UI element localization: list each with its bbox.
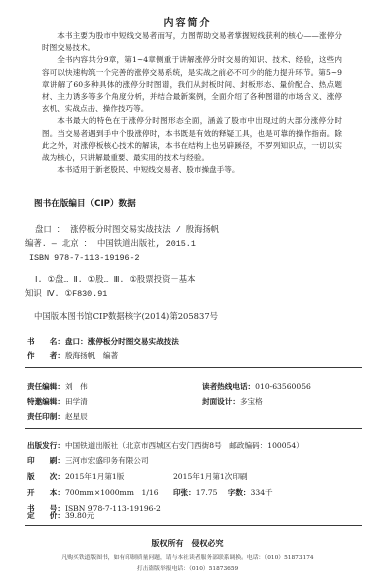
special-editor-row: 特邀编辑：田学清 [27, 396, 88, 407]
intro-title: 内容简介 [0, 14, 375, 29]
book-title-label: 书 名： [27, 336, 65, 347]
book-title-row: 书 名：盘口：涨停板分时图交易实战技法 [27, 336, 179, 347]
format-label: 开 本： [27, 487, 65, 498]
cip-record-number: 中国版本图书馆CIP数据核字(2014)第205837号 [34, 310, 218, 322]
author-label: 作 者： [27, 350, 65, 361]
edition-row: 版 次：2015年1月第1版2015年1月第1次印刷 [27, 471, 248, 482]
author-value: 殷海扬帆 编著 [65, 351, 118, 360]
intro-paragraph: 本书主要为股市中短线交易者而写，力图帮助交易者掌握短线获利的核心——涨停分时图交… [42, 30, 342, 54]
intro-paragraph: 全书内容共分9章，第1~4章侧重于讲解涨停分时交易的知识、技术、经验，这些内容可… [42, 54, 342, 115]
copyright-title: 版权所有 侵权必究 [0, 538, 375, 549]
responsible-editor-row: 责任编辑：刘 伟 [27, 381, 88, 392]
special-editor-label: 特邀编辑： [27, 396, 65, 407]
intro-text: 本书主要为股市中短线交易者而写，力图帮助交易者掌握短线获利的核心——涨停分时图交… [42, 30, 342, 176]
intro-paragraph: 本书最大的特色在于涨停分时图形态全面，涵盖了股市中出现过的大部分涨停分时图。当交… [42, 115, 342, 164]
edition-value: 2015年1月第1版 [65, 471, 173, 482]
cover-design-label: 封面设计： [202, 396, 240, 407]
divider [25, 525, 362, 526]
cip-heading: 图书在版编目（CIP）数据 [34, 197, 136, 209]
words-value: 334千 [251, 488, 273, 497]
book-title-value: 盘口：涨停板分时图交易实战技法 [65, 336, 179, 347]
publisher-value: 中国铁道出版社（北京市西城区右安门西街8号 邮政编码：100054） [65, 441, 304, 450]
piracy-line: 打击盗版举报电话：（010）51873659 [0, 563, 375, 572]
price-field: 定 价：39.80元 [27, 510, 94, 521]
format-row: 开 本：700mm×1000mm 1/16印张：17.75字数：334千 [27, 487, 273, 498]
cover-design-value: 多宝格 [240, 397, 263, 406]
printer-value: 三河市宏盛印务有限公司 [65, 456, 149, 465]
publisher-label: 出版发行： [27, 440, 65, 451]
divider [25, 367, 362, 368]
cip-line: 盘口 ： 涨停板分时图交易实战技法 / 殷海扬帆 [25, 223, 265, 237]
print-manager-value: 赵星辰 [65, 412, 88, 421]
cip-line: ISBN 978-7-113-19196-2 [25, 251, 265, 265]
responsible-editor-label: 责任编辑： [27, 381, 65, 392]
hotline-row: 读者热线电话：010-63560056 [202, 381, 311, 392]
sheets-value: 17.75 [196, 488, 228, 497]
words-label: 字数： [228, 487, 251, 498]
printing-value: 2015年1月第1次印刷 [173, 472, 248, 481]
printer-row: 印 刷：三河市宏盛印务有限公司 [27, 455, 149, 466]
author-row: 作 者：殷海扬帆 编著 [27, 350, 118, 361]
responsible-editor-value: 刘 伟 [65, 382, 88, 391]
hotline-label: 读者热线电话： [202, 381, 255, 392]
service-line: 凡购买铁道版图书，如有印制质量问题，请与本社读者服务部联系调换。电话：（010）… [0, 552, 375, 561]
cip-line: 知识 Ⅳ. ①F830.91 [25, 287, 265, 301]
cip-line: 编著. — 北京 ： 中国铁道出版社, 2015.1 [25, 237, 265, 251]
divider [25, 428, 362, 429]
cip-line: Ⅰ. ①盘… Ⅱ. ①股… Ⅲ. ①股票投资－基本 [25, 273, 265, 287]
print-manager-label: 责任印制： [27, 411, 65, 422]
print-manager-row: 责任印制：赵星辰 [27, 411, 88, 422]
cover-design-row: 封面设计：多宝格 [202, 396, 263, 407]
cip-data: 盘口 ： 涨停板分时图交易实战技法 / 殷海扬帆 编著. — 北京 ： 中国铁道… [25, 223, 265, 301]
sheets-label: 印张： [173, 487, 196, 498]
special-editor-value: 田学清 [65, 397, 88, 406]
edition-label: 版 次： [27, 471, 65, 482]
publisher-row: 出版发行：中国铁道出版社（北京市西城区右安门西街8号 邮政编码：100054） [27, 440, 304, 451]
intro-paragraph: 本书适用于新老股民、中短线交易者、股市操盘手等。 [42, 164, 342, 176]
printer-label: 印 刷： [27, 455, 65, 466]
hotline-value: 010-63560056 [255, 382, 311, 391]
format-value: 700mm×1000mm 1/16 [65, 487, 173, 498]
price-value: 39.80元 [65, 511, 94, 520]
price-label: 定 价： [27, 510, 65, 521]
